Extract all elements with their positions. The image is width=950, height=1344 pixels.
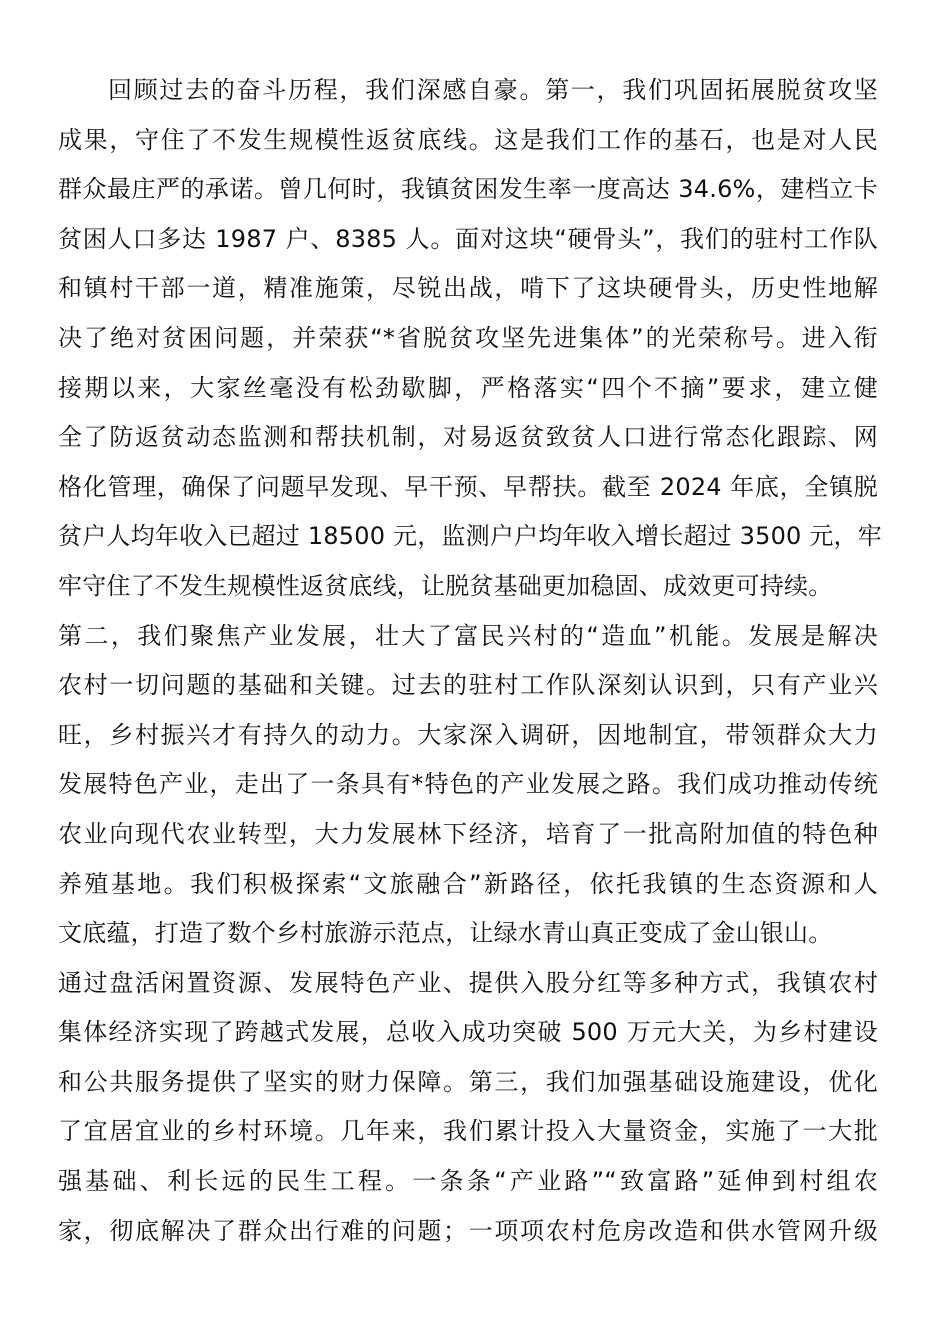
paragraph-line-2: 成果，守住了不发生规模性返贫底线。这是我们工作的基石，也是对人民 bbox=[58, 116, 878, 166]
paragraph-line-15: 发展特色产业，走出了一条具有*特色的产业发展之路。我们成功推动传统 bbox=[58, 760, 878, 810]
paragraph-line-11: 牢守住了不发生规模性返贫底线，让脱贫基础更加稳固、成效更可持续。 bbox=[58, 562, 878, 612]
paragraph-line-24: 家，彻底解决了群众出行难的问题；一项项农村危房改造和供水管网升级 bbox=[58, 1207, 878, 1257]
paragraph-line-1: 回顾过去的奋斗历程，我们深感自豪。第一，我们巩固拓展脱贫攻坚 bbox=[58, 66, 878, 116]
paragraph-line-13: 农村一切问题的基础和关键。过去的驻村工作队深刻认识到，只有产业兴 bbox=[58, 661, 878, 711]
body-paragraph: 回顾过去的奋斗历程，我们深感自豪。第一，我们巩固拓展脱贫攻坚 成果，守住了不发生… bbox=[58, 66, 878, 1256]
paragraph-line-17: 养殖基地。我们积极探索“文旅融合”新路径，依托我镇的生态资源和人 bbox=[58, 860, 878, 910]
paragraph-line-21: 和公共服务提供了坚实的财力保障。第三，我们加强基础设施建设，优化 bbox=[58, 1058, 878, 1108]
paragraph-line-23: 强基础、利长远的民生工程。一条条“产业路”“致富路”延伸到村组农 bbox=[58, 1157, 878, 1207]
paragraph-line-4: 贫困人口多达 1987 户、8385 人。面对这块“硬骨头”，我们的驻村工作队 bbox=[58, 215, 878, 265]
paragraph-line-5: 和镇村干部一道，精准施策，尽锐出战，啃下了这块硬骨头，历史性地解 bbox=[58, 264, 878, 314]
paragraph-line-3: 群众最庄严的承诺。曾几何时，我镇贫困发生率一度高达 34.6%，建档立卡 bbox=[58, 165, 878, 215]
paragraph-line-10: 贫户人均年收入已超过 18500 元，监测户户均年收入增长超过 3500 元，牢 bbox=[58, 512, 878, 562]
paragraph-line-7: 接期以来，大家丝毫没有松劲歇脚，严格落实“四个不摘”要求，建立健 bbox=[58, 364, 878, 414]
paragraph-line-14: 旺，乡村振兴才有持久的动力。大家深入调研，因地制宜，带领群众大力 bbox=[58, 711, 878, 761]
paragraph-line-16: 农业向现代农业转型，大力发展林下经济，培育了一批高附加值的特色种 bbox=[58, 810, 878, 860]
paragraph-line-22: 了宜居宜业的乡村环境。几年来，我们累计投入大量资金，实施了一大批 bbox=[58, 1107, 878, 1157]
paragraph-line-20: 集体经济实现了跨越式发展，总收入成功突破 500 万元大关，为乡村建设 bbox=[58, 1008, 878, 1058]
paragraph-line-19: 通过盘活闲置资源、发展特色产业、提供入股分红等多种方式，我镇农村 bbox=[58, 959, 878, 1009]
document-page: 回顾过去的奋斗历程，我们深感自豪。第一，我们巩固拓展脱贫攻坚 成果，守住了不发生… bbox=[0, 0, 950, 1344]
paragraph-line-9: 格化管理，确保了问题早发现、早干预、早帮扶。截至 2024 年底，全镇脱 bbox=[58, 463, 878, 513]
paragraph-line-12: 第二，我们聚焦产业发展，壮大了富民兴村的“造血”机能。发展是解决 bbox=[58, 612, 878, 662]
paragraph-line-18: 文底蕴，打造了数个乡村旅游示范点，让绿水青山真正变成了金山银山。 bbox=[58, 909, 878, 959]
paragraph-line-6: 决了绝对贫困问题，并荣获“*省脱贫攻坚先进集体”的光荣称号。进入衔 bbox=[58, 314, 878, 364]
paragraph-line-8: 全了防返贫动态监测和帮扶机制，对易返贫致贫人口进行常态化跟踪、网 bbox=[58, 413, 878, 463]
